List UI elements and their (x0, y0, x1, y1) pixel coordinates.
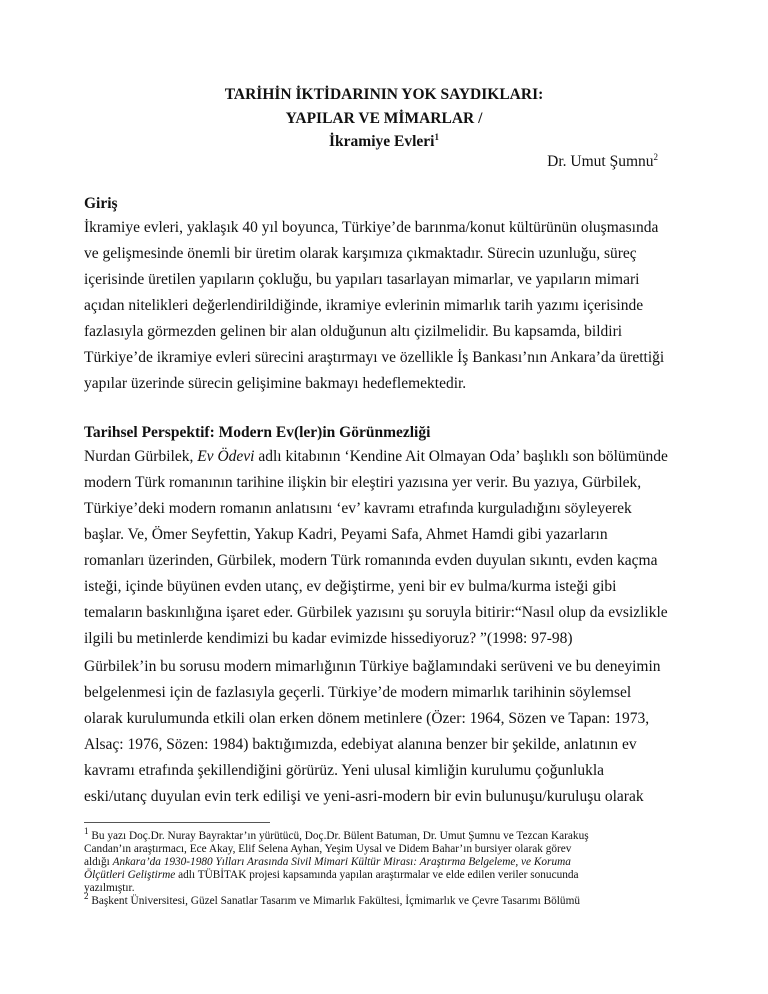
subtitle: İkramiye Evleri (329, 133, 434, 150)
title-line-3: İkramiye Evleri1 (0, 133, 768, 151)
author-line: Dr. Umut Şumnu2 (547, 153, 658, 171)
text-line: açıdan nitelikleri değerlendirildiğinde,… (84, 293, 704, 319)
paragraph-giris: İkramiye evleri, yaklaşık 40 yıl boyunca… (84, 215, 704, 397)
text-span: aldığı (84, 856, 113, 868)
title-line-1: TARİHİN İKTİDARININ YOK SAYDIKLARI: (0, 86, 768, 104)
text-line: eski/utanç duyulan evin terk edilişi ve … (84, 784, 704, 810)
project-title: Ölçütleri Geliştirme (84, 869, 175, 881)
text-line: başlar. Ve, Ömer Seyfettin, Yakup Kadri,… (84, 522, 704, 548)
section-heading-giris: Giriş (84, 195, 118, 213)
text-line: fazlasıyla görmezden gelinen bir alan ol… (84, 319, 704, 345)
section-heading-tarihsel: Tarihsel Perspektif: Modern Ev(ler)in Gö… (84, 424, 430, 442)
footnote-1-line: Candan’ın araştırmacı, Ece Akay, Elif Se… (84, 843, 704, 856)
text-line: belgelenmesi için de fazlasıyla geçerli.… (84, 680, 704, 706)
text-line: içerisinde üretilen yapıların çokluğu, b… (84, 267, 704, 293)
text-line: ilgili bu metinlerde kendimizi bu kadar … (84, 626, 704, 652)
footnote-1-line: aldığı Ankara’da 1930-1980 Yılları Arası… (84, 856, 704, 869)
footnote-1-line: Ölçütleri Geliştirme adlı TÜBİTAK projes… (84, 869, 704, 882)
text-span: Nurdan Gürbilek, (84, 448, 197, 465)
book-title: Ev Ödevi (197, 448, 254, 465)
text-line: Nurdan Gürbilek, Ev Ödevi adlı kitabının… (84, 444, 704, 470)
footnote-ref-1[interactable]: 1 (434, 132, 439, 142)
text-span: Başkent Üniversitesi, Güzel Sanatlar Tas… (89, 895, 581, 907)
text-line: ve gelişmesinde önemli bir üretim olarak… (84, 241, 704, 267)
text-line: kavramı etrafında şekillendiğini görürüz… (84, 758, 704, 784)
title-line-2: YAPILAR VE MİMARLAR / (0, 110, 768, 128)
text-line: Türkiye’deki modern romanın anlatısını ‘… (84, 496, 704, 522)
text-line: modern Türk romanının tarihine ilişkin b… (84, 470, 704, 496)
project-title: Ankara’da 1930-1980 Yılları Arasında Siv… (113, 856, 571, 868)
text-line: Gürbilek’in bu sorusu modern mimarlığını… (84, 654, 704, 680)
text-span: adlı TÜBİTAK projesi kapsamında yapılan … (175, 869, 578, 881)
document-page: TARİHİN İKTİDARININ YOK SAYDIKLARI: YAPI… (0, 0, 768, 994)
text-line: Türkiye’de ikramiye evleri sürecini araş… (84, 345, 704, 371)
text-line: temaların baskınlığına işaret eder. Gürb… (84, 600, 704, 626)
author-name: Dr. Umut Şumnu (547, 153, 653, 170)
footnote-2-line: 2 Başkent Üniversitesi, Güzel Sanatlar T… (84, 895, 704, 908)
text-span: adlı kitabının ‘Kendine Ait Olmayan Oda’… (254, 448, 667, 465)
footnote-divider (84, 822, 270, 823)
text-line: İkramiye evleri, yaklaşık 40 yıl boyunca… (84, 215, 704, 241)
text-line: romanları üzerinden, Gürbilek, modern Tü… (84, 548, 704, 574)
text-line: olarak kurulumunda etkili olan erken dön… (84, 706, 704, 732)
paragraph-tarihsel: Nurdan Gürbilek, Ev Ödevi adlı kitabının… (84, 444, 704, 652)
text-line: yapılar üzerinde sürecin gelişimine bakm… (84, 371, 704, 397)
footnote-1-line: 1 Bu yazı Doç.Dr. Nuray Bayraktar’ın yür… (84, 830, 704, 843)
footnote-1-line: yazılmıştır. (84, 882, 704, 895)
text-span: Bu yazı Doç.Dr. Nuray Bayraktar’ın yürüt… (89, 830, 589, 842)
footnote-ref-2[interactable]: 2 (654, 152, 659, 162)
text-line: isteği, içinde büyünen evden utanç, ev d… (84, 574, 704, 600)
text-line: Alsaç: 1976, Sözen: 1984) baktığımızda, … (84, 732, 704, 758)
footnotes: 1 Bu yazı Doç.Dr. Nuray Bayraktar’ın yür… (84, 830, 704, 908)
paragraph-gurbilek: Gürbilek’in bu sorusu modern mimarlığını… (84, 654, 704, 810)
